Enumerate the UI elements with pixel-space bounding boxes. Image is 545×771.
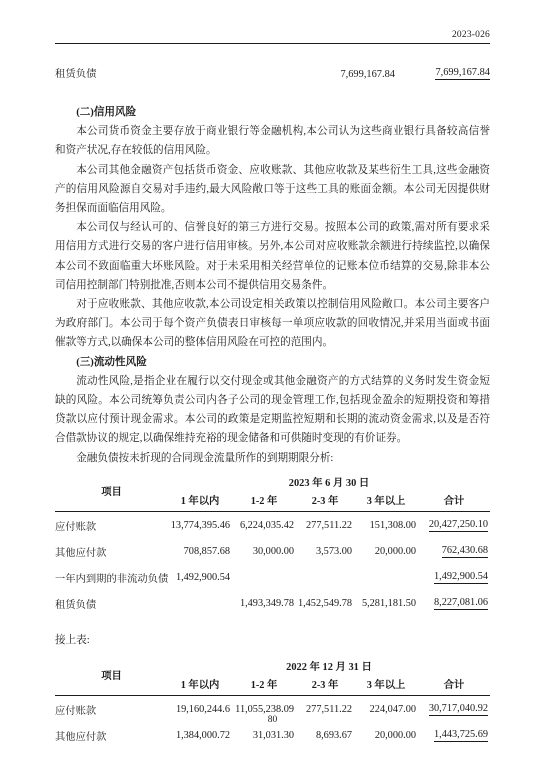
row-label: 其他应付款 [55, 538, 168, 564]
cell-value: 30,000.00 [232, 538, 296, 564]
table2-item-header: 项目 [55, 655, 168, 696]
table1-date-row: 项目 2023 年 6 月 30 日 [55, 471, 490, 490]
table1-col-2-3y: 2-3 年 [296, 490, 354, 512]
table1-col-within-1y: 1 年以内 [168, 490, 232, 512]
cell-value: 31,031.30 [232, 722, 296, 748]
row-label: 应付账款 [55, 511, 168, 538]
table1-col-total: 合计 [418, 490, 490, 512]
table1-item-header: 项目 [55, 471, 168, 512]
carryover-row: 租赁负债 7,699,167.84 7,699,167.84 [55, 65, 490, 80]
table2-date-header: 2022 年 12 月 31 日 [168, 655, 490, 674]
paragraph-credit-risk-4: 对于应收账款、其他应收款,本公司设定相关政策以控制信用风险敞口。本公司主要客户为… [55, 295, 490, 353]
document-page: 2023-026 租赁负债 7,699,167.84 7,699,167.84 … [0, 0, 545, 771]
cell-value [296, 564, 354, 590]
paragraph-maturity-analysis-intro: 金融负债按未折现的合同现金流量所作的到期期限分析: [55, 449, 490, 468]
table2-date-row: 项目 2022 年 12 月 31 日 [55, 655, 490, 674]
total-value: 8,227,081.06 [434, 597, 488, 610]
body-text: (二)信用风险 本公司货币资金主要存放于商业银行等金融机构,本公司认为这些商业银… [55, 103, 490, 468]
row-label: 租赁负债 [55, 590, 168, 616]
cell-value: 1,493,349.78 [232, 590, 296, 616]
cell-value [168, 590, 232, 616]
table-row: 应付账款 13,774,395.46 6,224,035.42 277,511.… [55, 511, 490, 538]
paragraph-credit-risk-3: 本公司仅与经认可的、信誉良好的第三方进行交易。按照本公司的政策,需对所有要求采用… [55, 218, 490, 295]
paragraph-credit-risk-1: 本公司货币资金主要存放于商业银行等金融机构,本公司认为这些商业银行具备较高信誉和… [55, 122, 490, 160]
cell-value: 6,224,035.42 [232, 511, 296, 538]
maturity-table-2022: 项目 2022 年 12 月 31 日 1 年以内 1-2 年 2-3 年 3 … [55, 655, 490, 748]
page-content: 2023-026 租赁负债 7,699,167.84 7,699,167.84 … [55, 0, 490, 748]
row-label: 其他应付款 [55, 722, 168, 748]
continuation-note: 接上表: [55, 632, 490, 647]
document-number: 2023-026 [55, 30, 490, 43]
carryover-total-value: 7,699,167.84 [435, 67, 490, 80]
table2-col-over-3y: 3 年以上 [354, 674, 418, 696]
cell-value: 13,774,395.46 [168, 511, 232, 538]
cell-value: 1,452,549.78 [296, 590, 354, 616]
cell-value [232, 564, 296, 590]
page-number: 80 [0, 715, 545, 725]
document-header: 2023-026 [55, 0, 490, 44]
cell-value: 3,573.00 [296, 538, 354, 564]
table2-col-2-3y: 2-3 年 [296, 674, 354, 696]
total-value: 762,430.68 [442, 545, 488, 558]
paragraph-liquidity-risk-1: 流动性风险,是指企业在履行以交付现金或其他金融资产的方式结算的义务时发生资金短缺… [55, 372, 490, 449]
cell-value: 20,000.00 [354, 722, 418, 748]
table-row: 一年内到期的非流动负债 1,492,900.54 1,492,900.54 [55, 564, 490, 590]
table2-col-within-1y: 1 年以内 [168, 674, 232, 696]
total-value: 30,717,040.92 [429, 703, 488, 716]
carryover-label: 租赁负债 [55, 65, 235, 80]
table-row: 其他应付款 708,857.68 30,000.00 3,573.00 20,0… [55, 538, 490, 564]
table2-col-total: 合计 [418, 674, 490, 696]
table-row: 其他应付款 1,384,000.72 31,031.30 8,693.67 20… [55, 722, 490, 748]
total-value: 1,492,900.54 [434, 571, 488, 584]
table1-col-1-2y: 1-2 年 [232, 490, 296, 512]
table2-col-1-2y: 1-2 年 [232, 674, 296, 696]
cell-value [354, 564, 418, 590]
total-value: 20,427,250.10 [429, 519, 488, 532]
total-value: 1,443,725.69 [434, 729, 488, 742]
cell-value: 1,492,900.54 [168, 564, 232, 590]
maturity-table-2023: 项目 2023 年 6 月 30 日 1 年以内 1-2 年 2-3 年 3 年… [55, 471, 490, 616]
cell-value: 277,511.22 [296, 511, 354, 538]
cell-value: 20,000.00 [354, 538, 418, 564]
row-label: 一年内到期的非流动负债 [55, 564, 168, 590]
cell-value: 5,281,181.50 [354, 590, 418, 616]
table1-date-header: 2023 年 6 月 30 日 [168, 471, 490, 490]
section-heading-liquidity-risk: (三)流动性风险 [55, 353, 490, 372]
carryover-current-value: 7,699,167.84 [235, 69, 395, 80]
table1-col-over-3y: 3 年以上 [354, 490, 418, 512]
section-heading-credit-risk: (二)信用风险 [55, 103, 490, 122]
header-rule [55, 43, 490, 44]
table-row: 租赁负债 1,493,349.78 1,452,549.78 5,281,181… [55, 590, 490, 616]
cell-value: 708,857.68 [168, 538, 232, 564]
cell-value: 8,693.67 [296, 722, 354, 748]
cell-value: 1,384,000.72 [168, 722, 232, 748]
paragraph-credit-risk-2: 本公司其他金融资产包括货币资金、应收账款、其他应收款及某些衍生工具,这些金融资产… [55, 161, 490, 219]
cell-value: 151,308.00 [354, 511, 418, 538]
